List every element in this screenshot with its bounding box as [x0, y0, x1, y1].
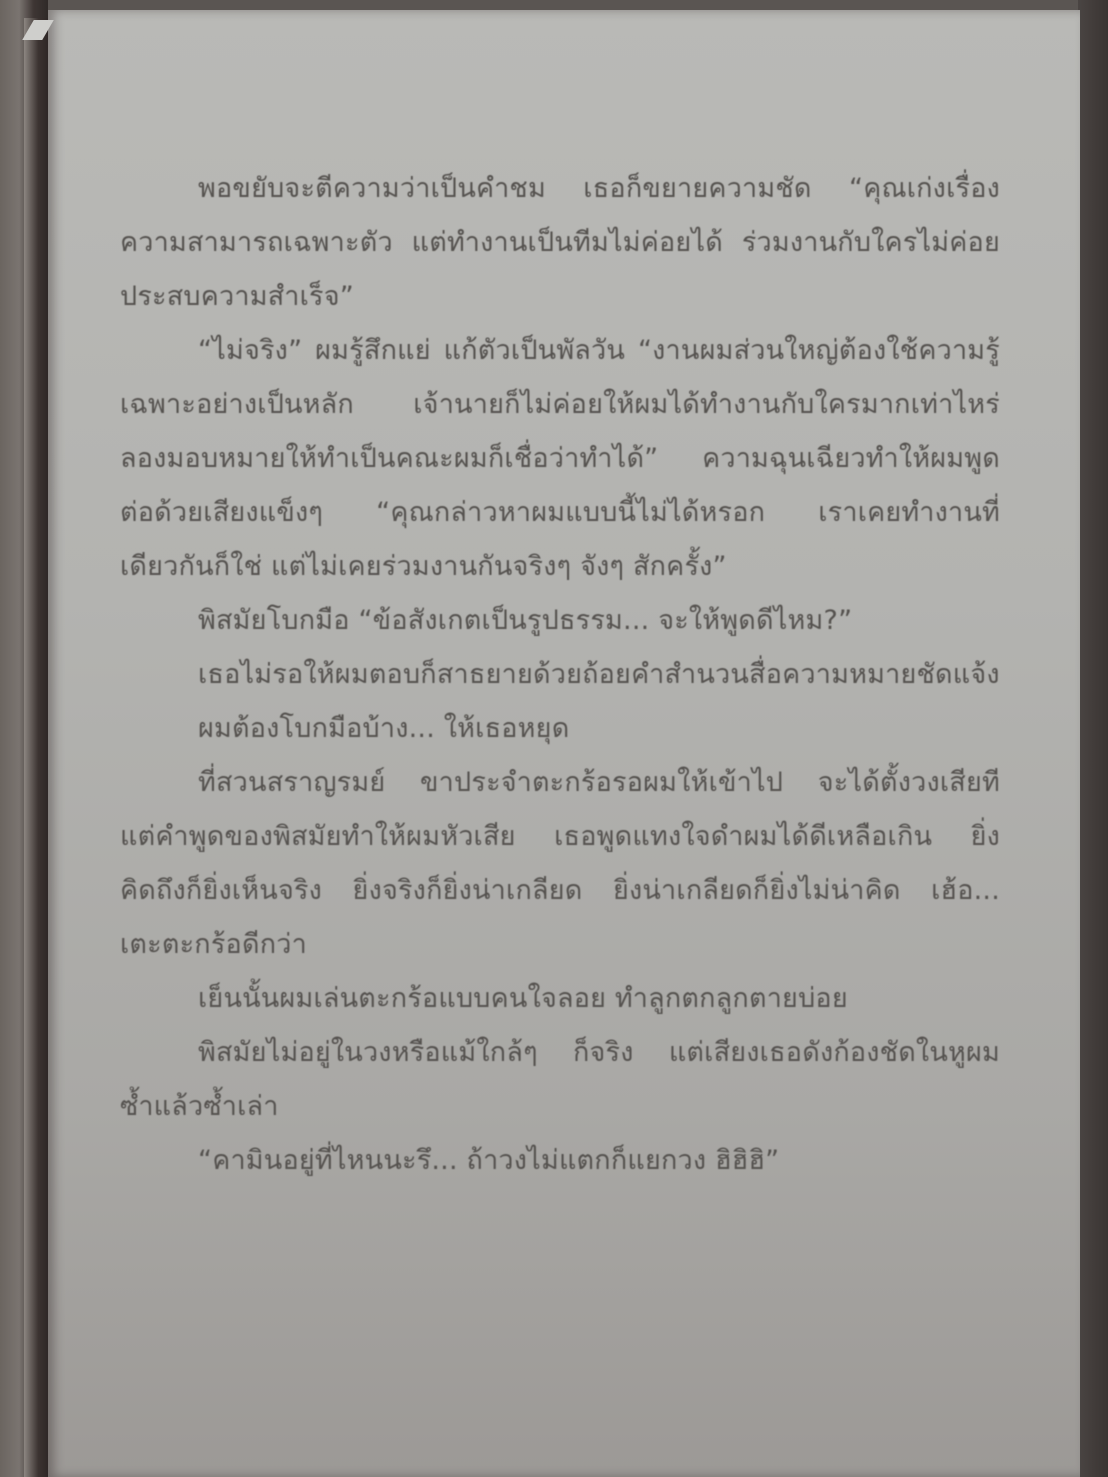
book-spine-edge [24, 18, 50, 1477]
text-line: พิสมัยไม่อยู่ในวงหรือแม้ใกล้ๆ ก็จริง แต่… [120, 1026, 1000, 1080]
paragraph-5: ผมต้องโบกมือบ้าง... ให้เธอหยุด [120, 702, 1000, 756]
text-line: ประสบความสำเร็จ” [120, 270, 1000, 324]
paragraph-1: พอขยับจะตีความว่าเป็นคำชม เธอก็ขยายความช… [120, 162, 1000, 324]
text-line: ที่สวนสราญรมย์ ขาประจำตะกร้อรอผมให้เข้าไ… [120, 756, 1000, 810]
paragraph-8: พิสมัยไม่อยู่ในวงหรือแม้ใกล้ๆ ก็จริง แต่… [120, 1026, 1000, 1134]
text-line: เธอไม่รอให้ผมตอบก็สาธยายด้วยถ้อยคำสำนวนส… [120, 648, 1000, 702]
paragraph-4: เธอไม่รอให้ผมตอบก็สาธยายด้วยถ้อยคำสำนวนส… [120, 648, 1000, 702]
text-line: เย็นนั้นผมเล่นตะกร้อแบบคนใจลอย ทำลูกตกลู… [120, 972, 1000, 1026]
text-line: ความสามารถเฉพาะตัว แต่ทำงานเป็นทีมไม่ค่อ… [120, 216, 1000, 270]
text-line: “คามินอยู่ที่ไหนนะรึ... ถ้าวงไม่แตกก็แยก… [120, 1134, 1000, 1188]
text-line: เตะตะกร้อดีกว่า [120, 918, 1000, 972]
page-text-body: พอขยับจะตีความว่าเป็นคำชม เธอก็ขยายความช… [120, 162, 1000, 1188]
text-line: ต่อด้วยเสียงแข็งๆ “คุณกล่าวหาผมแบบนี้ไม่… [120, 486, 1000, 540]
paragraph-3: พิสมัยโบกมือ “ข้อสังเกตเป็นรูปธรรม... จะ… [120, 594, 1000, 648]
text-line: ลองมอบหมายให้ทำเป็นคณะผมก็เชื่อว่าทำได้”… [120, 432, 1000, 486]
text-line: แต่คำพูดของพิสมัยทำให้ผมหัวเสีย เธอพูดแท… [120, 810, 1000, 864]
background-surface-right [1078, 0, 1108, 1477]
text-line: ซ้ำแล้วซ้ำเล่า [120, 1080, 1000, 1134]
text-line: พิสมัยโบกมือ “ข้อสังเกตเป็นรูปธรรม... จะ… [120, 594, 1000, 648]
text-line: “ไม่จริง” ผมรู้สึกแย่ แก้ตัวเป็นพัลวัน “… [120, 324, 1000, 378]
paragraph-6: ที่สวนสราญรมย์ ขาประจำตะกร้อรอผมให้เข้าไ… [120, 756, 1000, 972]
text-line: เดียวกันก็ใช่ แต่ไม่เคยร่วมงานกันจริงๆ จ… [120, 540, 1000, 594]
text-line: เฉพาะอย่างเป็นหลัก เจ้านายก็ไม่ค่อยให้ผม… [120, 378, 1000, 432]
text-line: คิดถึงก็ยิ่งเห็นจริง ยิ่งจริงก็ยิ่งน่าเก… [120, 864, 1000, 918]
book-page: พอขยับจะตีความว่าเป็นคำชม เธอก็ขยายความช… [48, 10, 1080, 1477]
paragraph-9: “คามินอยู่ที่ไหนนะรึ... ถ้าวงไม่แตกก็แยก… [120, 1134, 1000, 1188]
paragraph-2: “ไม่จริง” ผมรู้สึกแย่ แก้ตัวเป็นพัลวัน “… [120, 324, 1000, 594]
paragraph-7: เย็นนั้นผมเล่นตะกร้อแบบคนใจลอย ทำลูกตกลู… [120, 972, 1000, 1026]
text-line: ผมต้องโบกมือบ้าง... ให้เธอหยุด [120, 702, 1000, 756]
text-line: พอขยับจะตีความว่าเป็นคำชม เธอก็ขยายความช… [120, 162, 1000, 216]
